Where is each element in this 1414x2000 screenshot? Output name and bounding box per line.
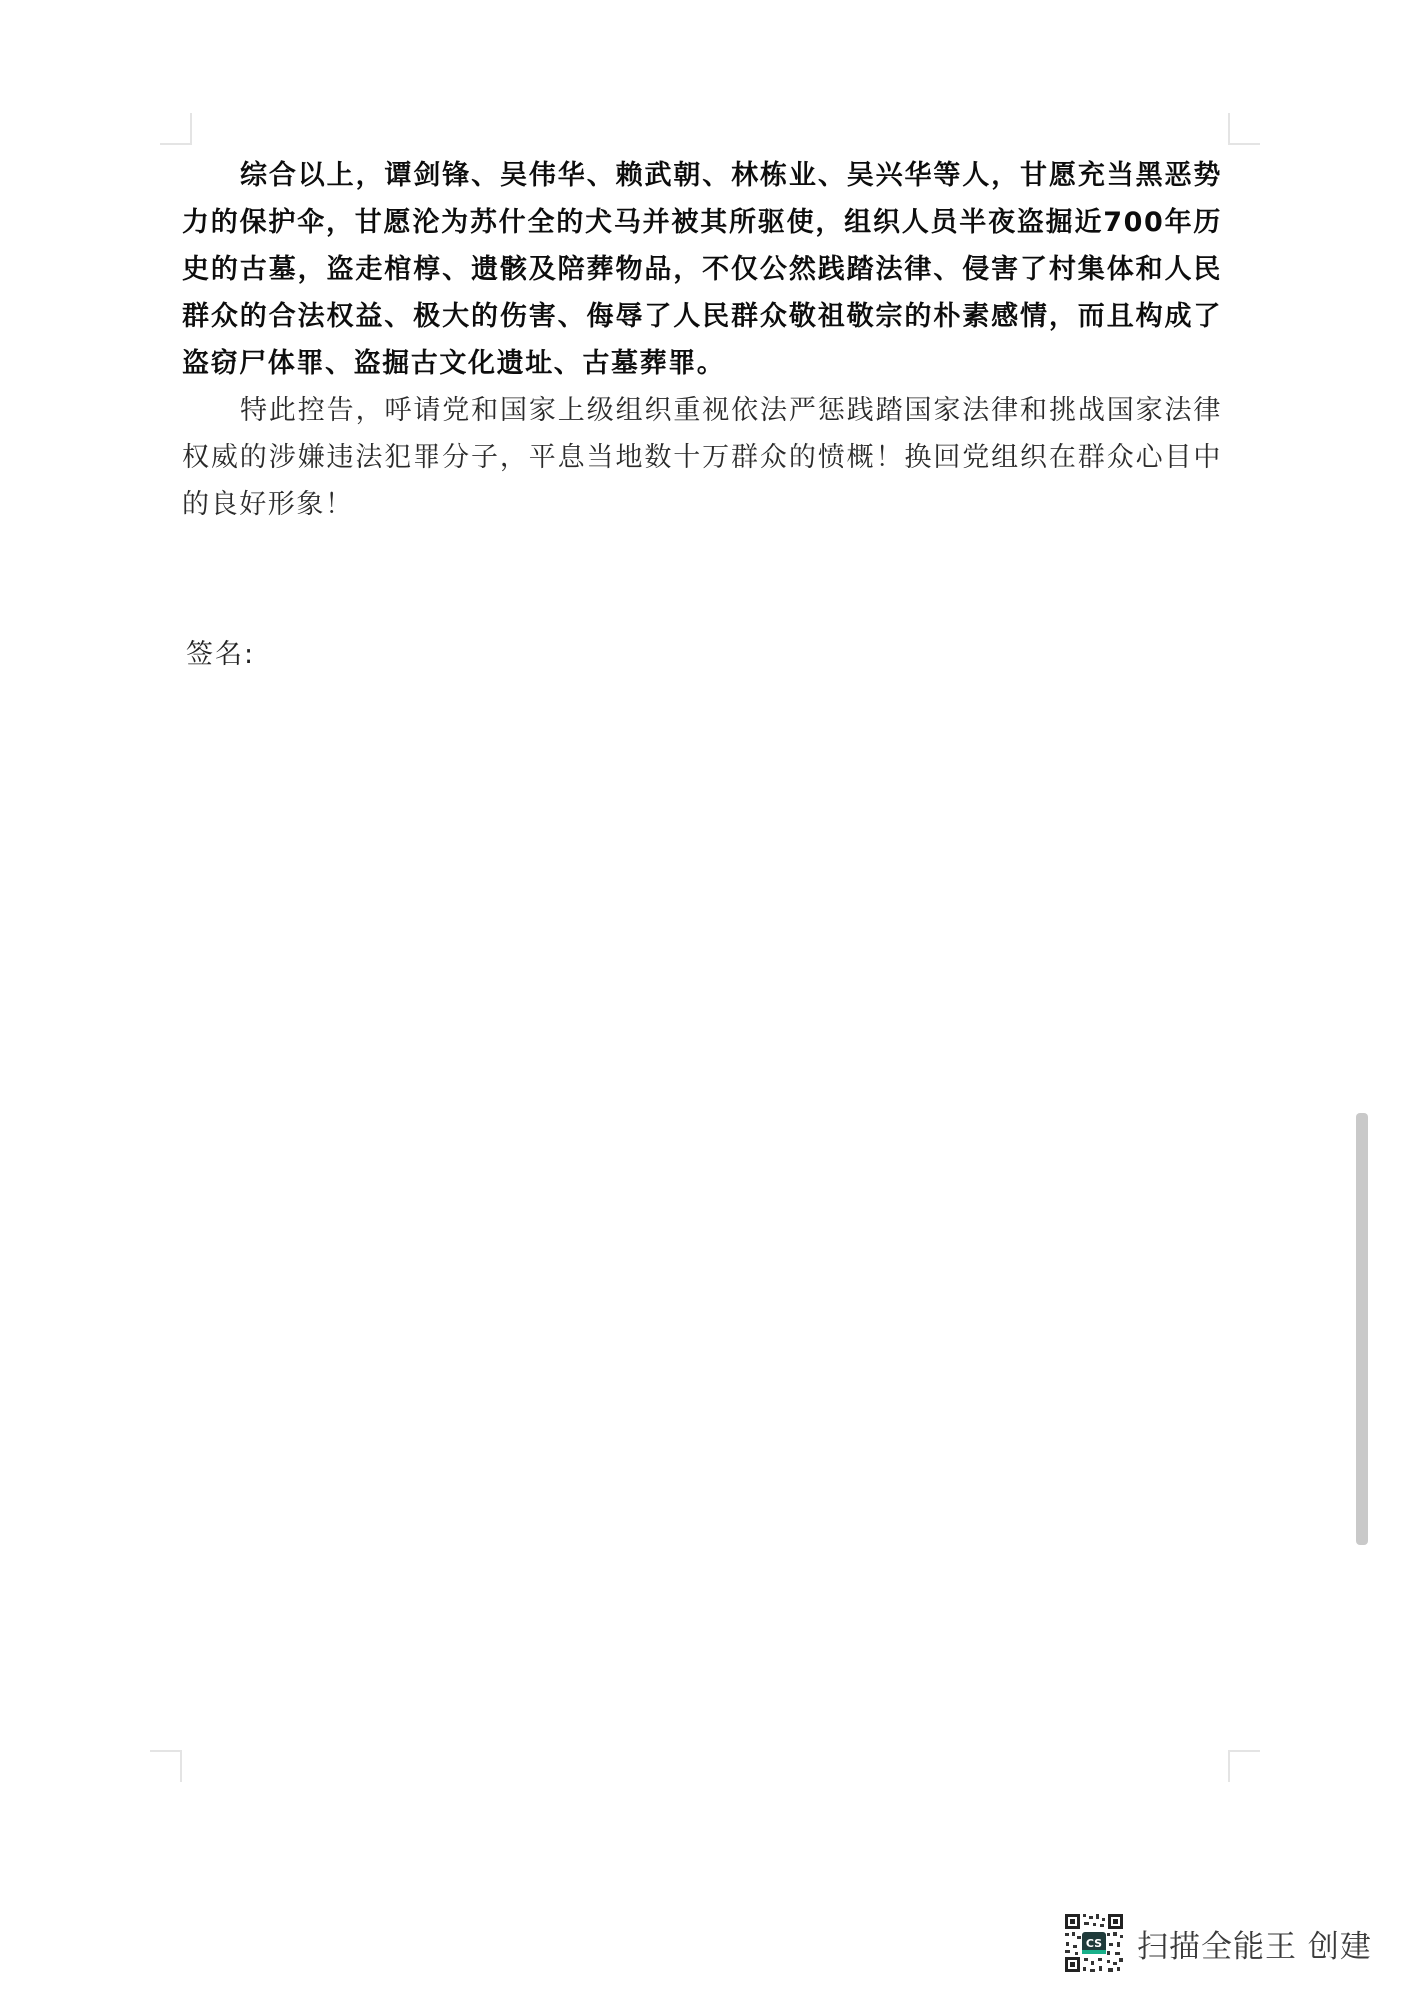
signature-label: 签名:	[186, 632, 255, 671]
qr-code-icon: CS	[1063, 1912, 1125, 1974]
paragraph-appeal: 特此控告，呼请党和国家上级组织重视依法严惩践踏国家法律和挑战国家法律权威的涉嫌违…	[182, 387, 1222, 528]
paragraph-summary: 综合以上，谭剑锋、吴伟华、赖武朝、林栋业、吴兴华等人，甘愿充当黑恶势力的保护伞，…	[182, 152, 1222, 387]
page-corner-mark-top-right	[1228, 113, 1260, 145]
document-body: 综合以上，谭剑锋、吴伟华、赖武朝、林栋业、吴兴华等人，甘愿充当黑恶势力的保护伞，…	[182, 152, 1222, 528]
document-page: 综合以上，谭剑锋、吴伟华、赖武朝、林栋业、吴兴华等人，甘愿充当黑恶势力的保护伞，…	[0, 0, 1414, 2000]
page-corner-mark-bottom-left	[150, 1750, 182, 1782]
qr-badge-text: CS	[1086, 1937, 1102, 1950]
page-corner-mark-bottom-right	[1228, 1750, 1260, 1782]
scrollbar-thumb[interactable]	[1356, 1113, 1368, 1545]
vertical-scrollbar[interactable]	[1352, 1100, 1370, 1560]
page-corner-mark-top-left	[160, 113, 192, 145]
watermark-text: 扫描全能王 创建	[1137, 1921, 1372, 1966]
camscanner-watermark: CS 扫描全能王 创建	[1063, 1912, 1372, 1974]
